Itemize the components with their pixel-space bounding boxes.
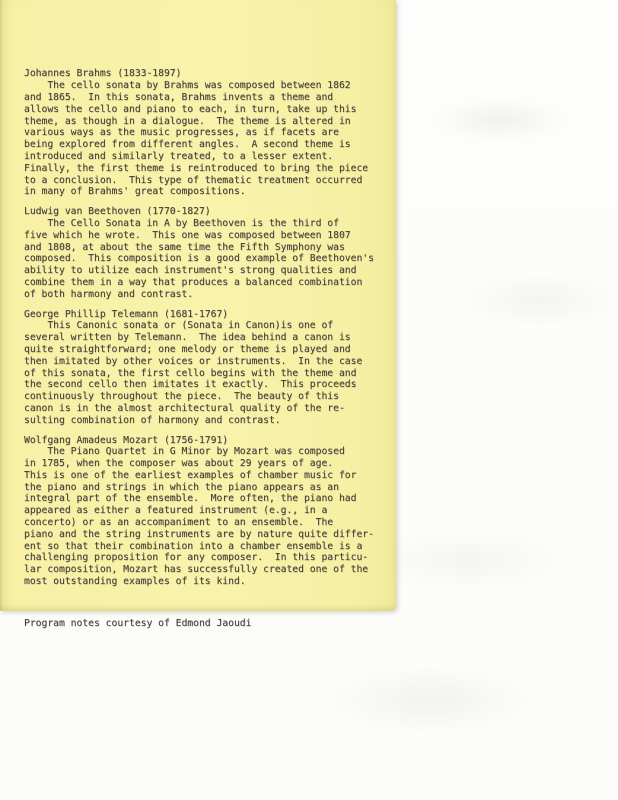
- text-line: in 1785, when the composer was about 29 …: [24, 458, 386, 470]
- text-line: introduced and similarly treated, to a l…: [24, 151, 386, 163]
- text-line: various ways as the music progresses, as…: [24, 127, 386, 139]
- text-line: This is one of the earliest examples of …: [24, 470, 386, 482]
- text-line: appeared as either a featured instrument…: [24, 505, 386, 517]
- text-line: composed. This composition is a good exa…: [24, 253, 386, 265]
- text-line: quite straightforward; one melody or the…: [24, 344, 386, 356]
- text-line: canon is in the almost architectural qua…: [24, 403, 386, 415]
- text-line: several written by Telemann. The idea be…: [24, 332, 386, 344]
- text-line: The Piano Quartet in G Minor by Mozart w…: [24, 446, 386, 458]
- text-line: allows the cello and piano to each, in t…: [24, 104, 386, 116]
- composer-section: Ludwig van Beethoven (1770-1827) The Cel…: [24, 206, 386, 300]
- composer-heading: Ludwig van Beethoven (1770-1827): [24, 206, 386, 218]
- text-line: in many of Brahms' great compositions.: [24, 186, 386, 198]
- text-line: of both harmony and contrast.: [24, 289, 386, 301]
- text-line: concerto) or as an accompaniment to an e…: [24, 517, 386, 529]
- scanned-page: { "document": { "sections": [ { "heading…: [0, 0, 618, 800]
- text-line: then imitated by other voices or instrum…: [24, 356, 386, 368]
- text-line: and 1808, at about the same time the Fif…: [24, 242, 386, 254]
- text-line: and 1865. In this sonata, Brahms invents…: [24, 92, 386, 104]
- composer-heading: Wolfgang Amadeus Mozart (1756-1791): [24, 435, 386, 447]
- text-line: challenging proposition for any composer…: [24, 552, 386, 564]
- composer-section: George Phillip Telemann (1681-1767) This…: [24, 309, 386, 427]
- text-line: combine them in a way that produces a ba…: [24, 277, 386, 289]
- text-line: of this sonata, the first cello begins w…: [24, 368, 386, 380]
- text-line: integral part of the ensemble. More ofte…: [24, 493, 386, 505]
- text-line: ability to utilize each instrument's str…: [24, 265, 386, 277]
- text-line: five which he wrote. This one was compos…: [24, 230, 386, 242]
- text-line: The cello sonata by Brahms was composed …: [24, 80, 386, 92]
- text-line: lar composition, Mozart has successfully…: [24, 564, 386, 576]
- text-line: piano and the string instruments are by …: [24, 529, 386, 541]
- text-line: This Canonic sonata or (Sonata in Canon)…: [24, 320, 386, 332]
- paper-sheet: Johannes Brahms (1833-1897) The cello so…: [0, 0, 396, 611]
- composer-section: Wolfgang Amadeus Mozart (1756-1791) The …: [24, 435, 386, 588]
- program-notes: Johannes Brahms (1833-1897) The cello so…: [24, 33, 386, 653]
- text-line: to a conclusion. This type of thematic t…: [24, 175, 386, 187]
- text-line: theme, as though in a dialogue. The them…: [24, 116, 386, 128]
- text-line: continuously throughout the piece. The b…: [24, 391, 386, 403]
- composer-section: Johannes Brahms (1833-1897) The cello so…: [24, 68, 386, 198]
- text-line: the piano and strings in which the piano…: [24, 482, 386, 494]
- text-line: being explored from different angles. A …: [24, 139, 386, 151]
- text-line: sulting combination of harmony and contr…: [24, 415, 386, 427]
- text-line: The Cello Sonata in A by Beethoven is th…: [24, 218, 386, 230]
- text-line: most outstanding examples of its kind.: [24, 576, 386, 588]
- composer-heading: George Phillip Telemann (1681-1767): [24, 309, 386, 321]
- text-line: the second cello then imitates it exactl…: [24, 379, 386, 391]
- composer-heading: Johannes Brahms (1833-1897): [24, 68, 386, 80]
- credits-line: Program notes courtesy of Edmond Jaoudi: [24, 618, 386, 630]
- text-line: ent so that their combination into a cha…: [24, 541, 386, 553]
- text-line: Finally, the first theme is reintroduced…: [24, 163, 386, 175]
